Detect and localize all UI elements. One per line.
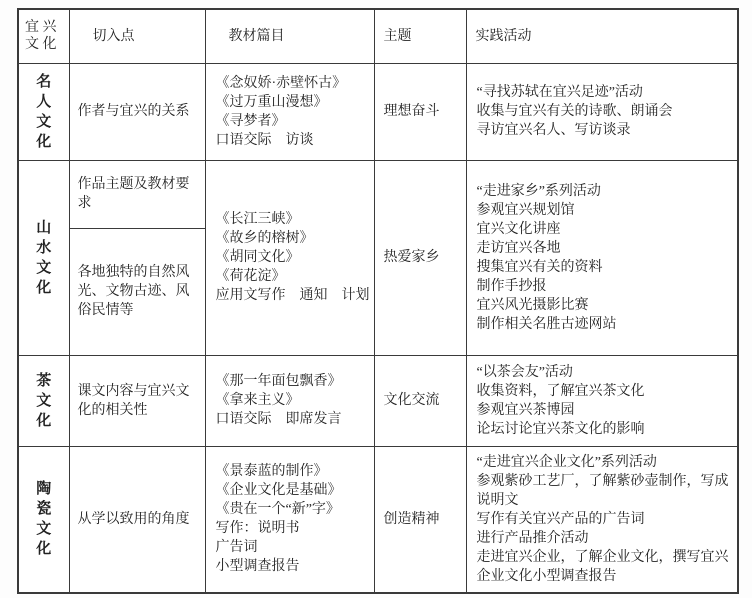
header-cell-theme: 主题	[374, 9, 466, 63]
text-line: 宜兴文化讲座	[477, 220, 730, 239]
text-line: 制作手抄报	[477, 277, 730, 296]
text-line: 《景泰蓝的制作》	[216, 462, 370, 481]
document-page: 宜 兴 文 化 切入点 教材篇目 主题 实践活动 名人文化 作者与宜兴的关系 《…	[17, 8, 739, 594]
entry-cell: 作者与宜兴的关系	[69, 63, 205, 160]
category-cell-landscape: 山水文化	[18, 160, 69, 355]
text-line: 《拿来主义》	[216, 391, 370, 410]
text-line: 收集与宜兴有关的诗歌、朗诵会	[477, 102, 730, 121]
category-cell-celebrity: 名人文化	[18, 63, 69, 160]
text-line: 口语交际 即席发言	[216, 410, 370, 429]
entry-top-cell: 作品主题及教材要求	[69, 160, 205, 228]
text-line: 宜兴风光摄影比赛	[477, 296, 730, 315]
text-line: “以茶会友”活动	[477, 363, 730, 382]
text-line: 《寻梦者》	[216, 112, 370, 131]
theme-cell: 理想奋斗	[374, 63, 466, 160]
text-line: 《过万重山漫想》	[216, 93, 370, 112]
text-line: 写作有关宜兴产品的广告词	[477, 510, 730, 529]
text-line: 寻访宜兴名人、写访谈录	[477, 121, 730, 140]
theme-cell: 创造精神	[374, 446, 466, 593]
text-line: 制作相关名胜古迹网站	[477, 315, 730, 334]
text-line: 走访宜兴各地	[477, 239, 730, 258]
text-line: “寻找苏轼在宜兴足迹”活动	[477, 83, 730, 102]
theme-cell: 文化交流	[374, 355, 466, 446]
entry-cell: 从学以致用的角度	[69, 446, 205, 593]
text-line: 应用文写作 通知 计划	[216, 286, 370, 305]
text-line: 搜集宜兴有关的资料	[477, 258, 730, 277]
text-line: 《念奴娇·赤壁怀古》	[216, 74, 370, 93]
materials-cell: 《长江三峡》《故乡的榕树》《胡同文化》《荷花淀》应用文写作 通知 计划	[205, 160, 374, 355]
table-row-ceramics-culture: 陶瓷文化 从学以致用的角度 《景泰蓝的制作》《企业文化是基础》《贵在一个“新”字…	[18, 446, 738, 593]
text-line: 《故乡的榕树》	[216, 229, 370, 248]
header-cell-activities: 实践活动	[466, 9, 738, 63]
category-cell-ceramics: 陶瓷文化	[18, 446, 69, 593]
category-label: 陶瓷文化	[35, 479, 52, 559]
text-line: 《那一年面包飘香》	[216, 372, 370, 391]
header-cell-entry-point: 切入点	[69, 9, 205, 63]
table-row-landscape-culture-top: 山水文化 作品主题及教材要求 《长江三峡》《故乡的榕树》《胡同文化》《荷花淀》应…	[18, 160, 738, 228]
text-line: 《长江三峡》	[216, 210, 370, 229]
text-line: 走进宜兴企业，了解企业文化，撰写宜兴企业文化小型调查报告	[477, 548, 730, 586]
text-line: 小型调查报告	[216, 557, 370, 576]
theme-cell: 热爱家乡	[374, 160, 466, 355]
text-line: 参观紫砂工艺厂，了解紫砂壶制作，写成说明文	[477, 472, 730, 510]
materials-cell: 《念奴娇·赤壁怀古》《过万重山漫想》《寻梦者》口语交际 访谈	[205, 63, 374, 160]
table-row-celebrity-culture: 名人文化 作者与宜兴的关系 《念奴娇·赤壁怀古》《过万重山漫想》《寻梦者》口语交…	[18, 63, 738, 160]
text-line: 口语交际 访谈	[216, 131, 370, 150]
header-cell-textbook: 教材篇目	[205, 9, 374, 63]
header-yixing-line2: 文 化	[25, 36, 65, 53]
text-line: 《企业文化是基础》	[216, 481, 370, 500]
header-cell-yixing-culture: 宜 兴 文 化	[18, 9, 69, 63]
activities-cell: “寻找苏轼在宜兴足迹”活动收集与宜兴有关的诗歌、朗诵会寻访宜兴名人、写访谈录	[466, 63, 738, 160]
activities-cell: “走进家乡”系列活动参观宜兴规划馆宜兴文化讲座走访宜兴各地搜集宜兴有关的资料制作…	[466, 160, 738, 355]
text-line: 写作：说明书	[216, 519, 370, 538]
text-line: 收集资料，了解宜兴茶文化	[477, 382, 730, 401]
activities-cell: “以茶会友”活动收集资料，了解宜兴茶文化参观宜兴茶博园论坛讨论宜兴茶文化的影响	[466, 355, 738, 446]
header-yixing-line1: 宜 兴	[25, 19, 65, 36]
text-line: 广告词	[216, 538, 370, 557]
text-line: 进行产品推介活动	[477, 529, 730, 548]
materials-cell: 《景泰蓝的制作》《企业文化是基础》《贵在一个“新”字》写作：说明书广告词小型调查…	[205, 446, 374, 593]
text-line: 《荷花淀》	[216, 267, 370, 286]
table-row-tea-culture: 茶文化 课文内容与宜兴文化的相关性 《那一年面包飘香》《拿来主义》口语交际 即席…	[18, 355, 738, 446]
text-line: “走进宜兴企业文化”系列活动	[477, 453, 730, 472]
category-label: 名人文化	[35, 72, 52, 152]
entry-cell: 课文内容与宜兴文化的相关性	[69, 355, 205, 446]
activities-cell: “走进宜兴企业文化”系列活动参观紫砂工艺厂，了解紫砂壶制作，写成说明文写作有关宜…	[466, 446, 738, 593]
category-cell-tea: 茶文化	[18, 355, 69, 446]
text-line: “走进家乡”系列活动	[477, 182, 730, 201]
category-label: 茶文化	[35, 371, 52, 431]
text-line: 论坛讨论宜兴茶文化的影响	[477, 420, 730, 439]
table-header-row: 宜 兴 文 化 切入点 教材篇目 主题 实践活动	[18, 9, 738, 63]
text-line: 参观宜兴茶博园	[477, 401, 730, 420]
yixing-culture-curriculum-table: 宜 兴 文 化 切入点 教材篇目 主题 实践活动 名人文化 作者与宜兴的关系 《…	[17, 8, 739, 594]
category-label: 山水文化	[35, 218, 52, 298]
entry-bottom-cell: 各地独特的自然风光、文物古迹、风俗民情等	[69, 228, 205, 355]
materials-cell: 《那一年面包飘香》《拿来主义》口语交际 即席发言	[205, 355, 374, 446]
text-line: 参观宜兴规划馆	[477, 201, 730, 220]
text-line: 《贵在一个“新”字》	[216, 500, 370, 519]
text-line: 《胡同文化》	[216, 248, 370, 267]
